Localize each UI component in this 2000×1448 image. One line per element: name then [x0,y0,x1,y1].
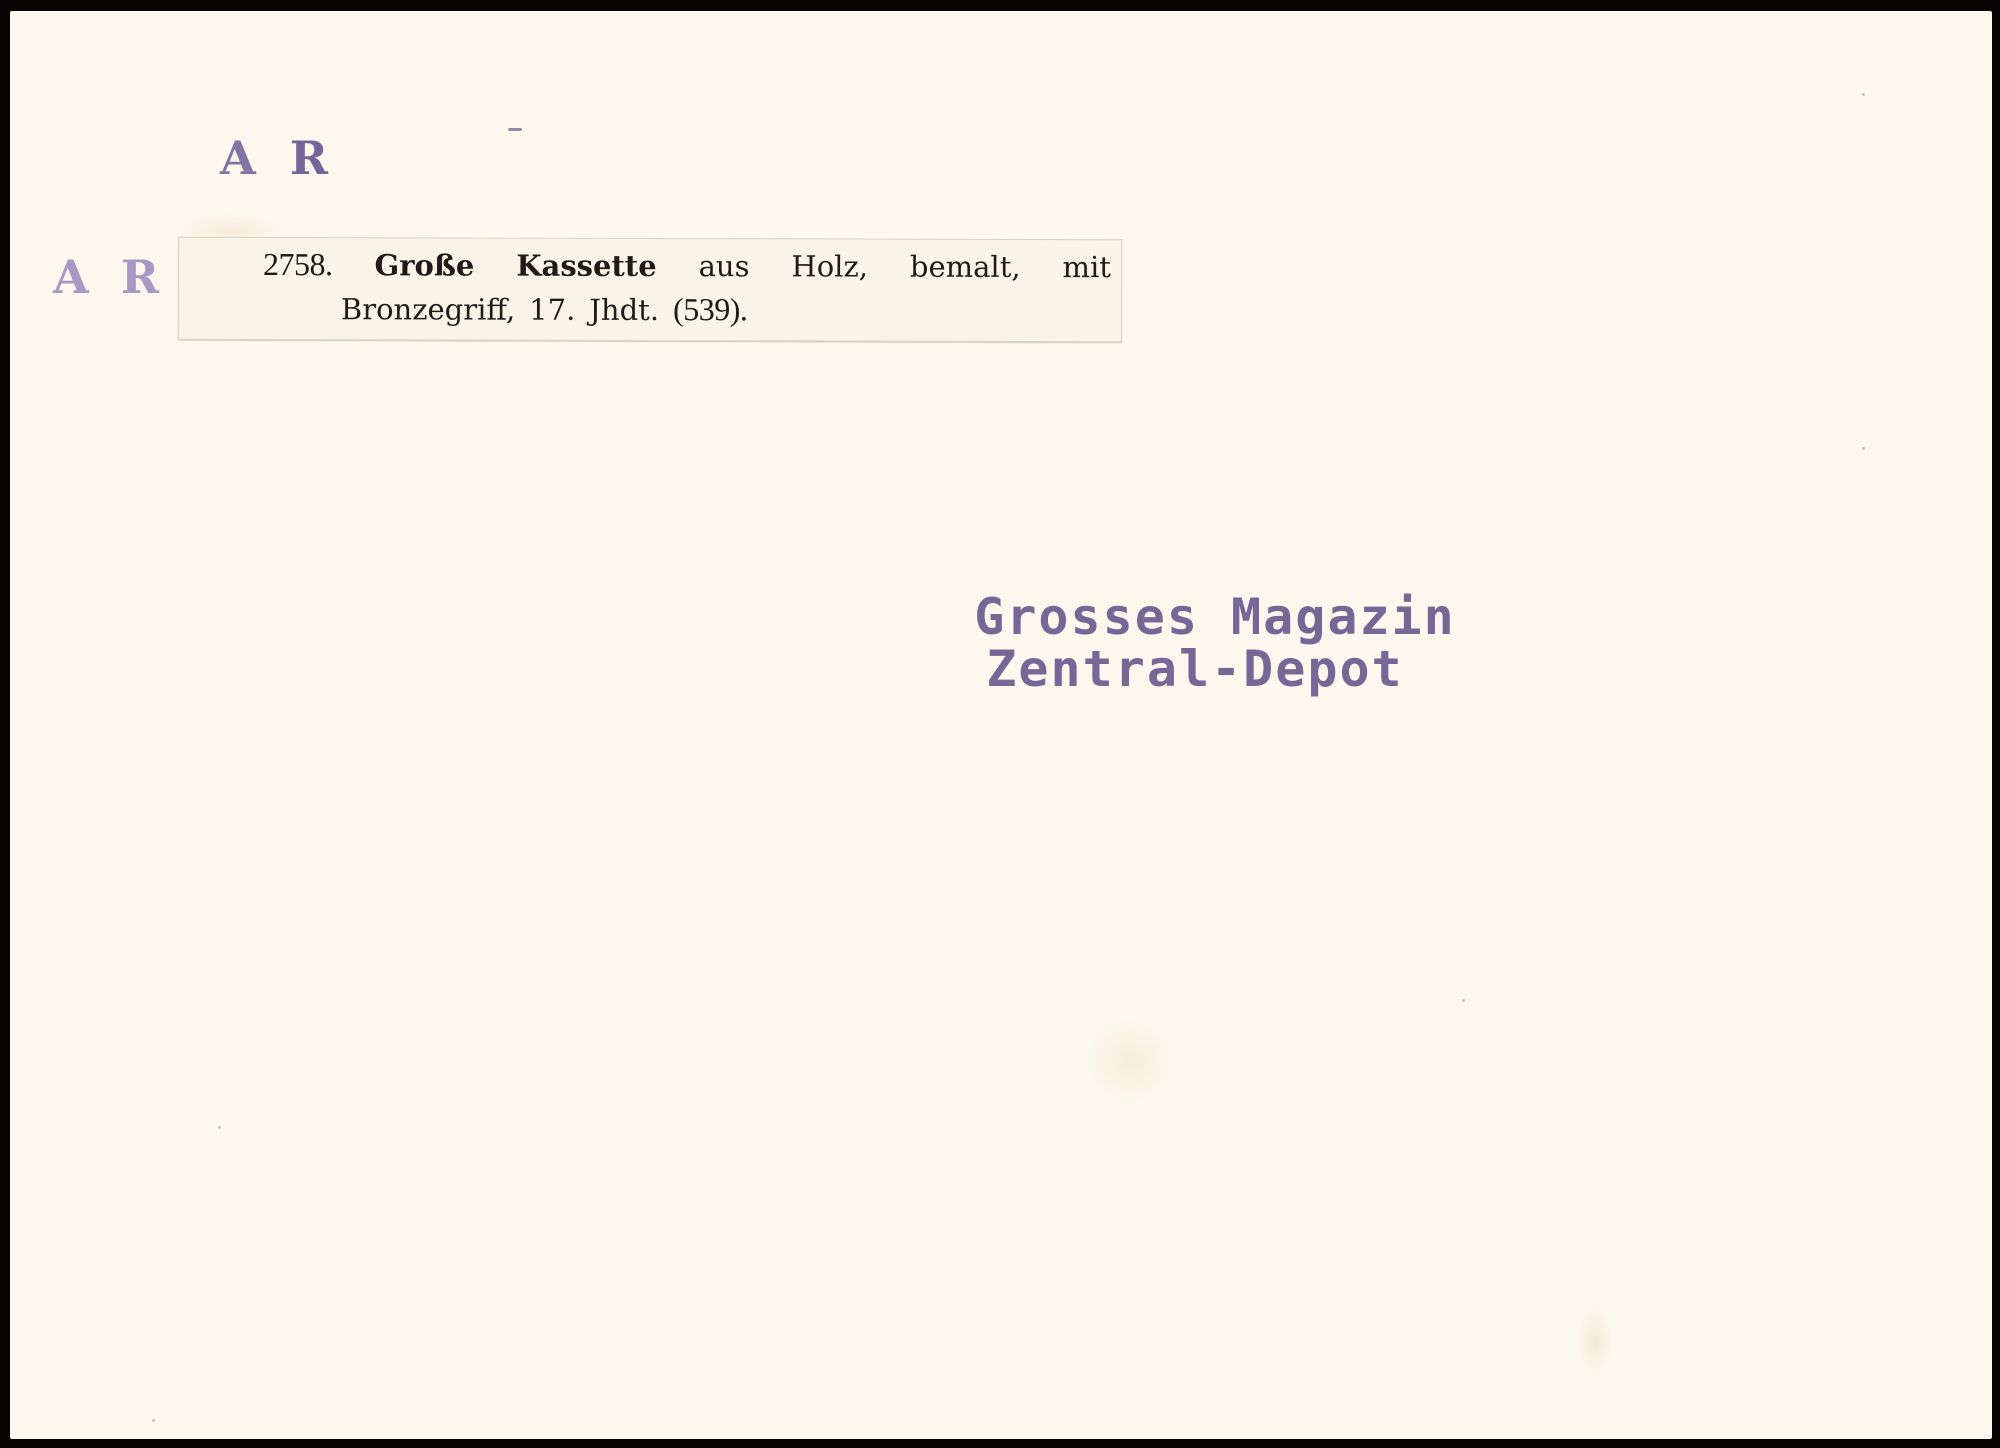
label-word: Jhdt. [589,293,659,327]
paper-speck [152,1419,155,1422]
label-word: Große [374,248,474,282]
stamp-letter-r: R [121,250,161,304]
label-word: (539). [673,291,747,328]
label-word: Holz, [791,249,868,283]
label-word: bemalt, [910,250,1021,284]
label-word: mit [1063,250,1112,284]
depot-stamp-line-2: Zentral-Depot [910,643,1480,695]
paper-speck [1862,93,1865,96]
depot-stamp: Grosses Magazin Zentral-Depot [950,591,1480,695]
stamp-letter-a: A [53,250,91,304]
paper-speck [1462,999,1465,1002]
label-word: 17. [529,293,575,327]
paper-card: AR AR 2758. Große Kassette aus Holz, bem… [10,11,1992,1439]
lot-number: 2758. [263,246,333,283]
catalog-label-strip: 2758. Große Kassette aus Holz, bemalt, m… [178,237,1122,342]
label-word: Kassette [516,249,656,283]
initials-stamp-left: AR [53,250,161,304]
stamp-letter-a: A [220,131,258,185]
label-word: Bronzegriff, [341,292,515,326]
label-word: aus [699,249,750,283]
stamp-letter-r: R [290,131,330,185]
scan-background: AR AR 2758. Große Kassette aus Holz, bem… [0,0,2000,1448]
initials-stamp-top: AR [220,131,330,185]
depot-stamp-line-1: Grosses Magazin [950,591,1480,643]
ink-mark [508,128,522,131]
label-line-2: Bronzegriff, 17. Jhdt. (539). [341,290,748,328]
label-line-1: 2758. Große Kassette aus Holz, bemalt, m… [263,246,1111,285]
paper-speck [218,1126,221,1129]
paper-speck [1862,447,1865,450]
